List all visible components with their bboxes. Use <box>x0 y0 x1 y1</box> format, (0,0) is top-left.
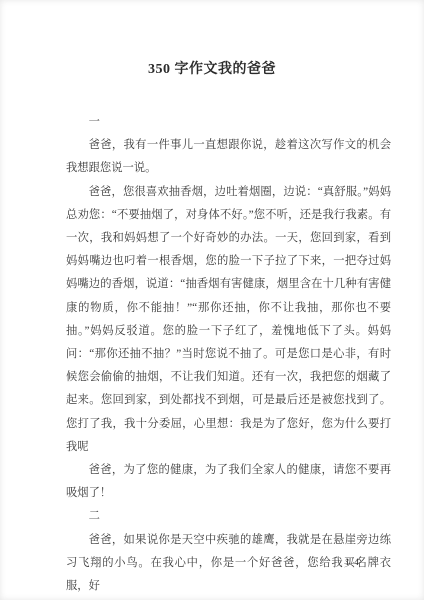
paragraph: 爸爸，我有一件事儿一直想跟你说，趁着这次写作文的机会我想跟您说一说。 <box>66 134 391 180</box>
section-marker-two: 二 <box>66 505 391 528</box>
document-title: 350 字作文我的爸爸 <box>0 58 424 78</box>
document-page: 350 字作文我的爸爸 一 爸爸，我有一件事儿一直想跟你说，趁着这次写作文的机会… <box>0 0 424 600</box>
paragraph: 爸爸，如果说你是天空中疾驰的雄鹰，我就是在悬崖旁边练习飞翔的小鸟。在我心中，你是… <box>66 529 391 599</box>
page-number: 1/4 <box>345 558 360 568</box>
section-marker-one: 一 <box>66 111 391 134</box>
paragraph: 爸爸，为了您的健康，为了我们全家人的健康，请您不要再吸烟了！ <box>66 459 391 505</box>
paragraph: 爸爸，您很喜欢抽香烟，边吐着烟圈，边说：“真舒服。”妈妈总劝您：“不要抽烟了，对… <box>66 181 391 459</box>
document-body: 一 爸爸，我有一件事儿一直想跟你说，趁着这次写作文的机会我想跟您说一说。 爸爸，… <box>66 111 391 598</box>
